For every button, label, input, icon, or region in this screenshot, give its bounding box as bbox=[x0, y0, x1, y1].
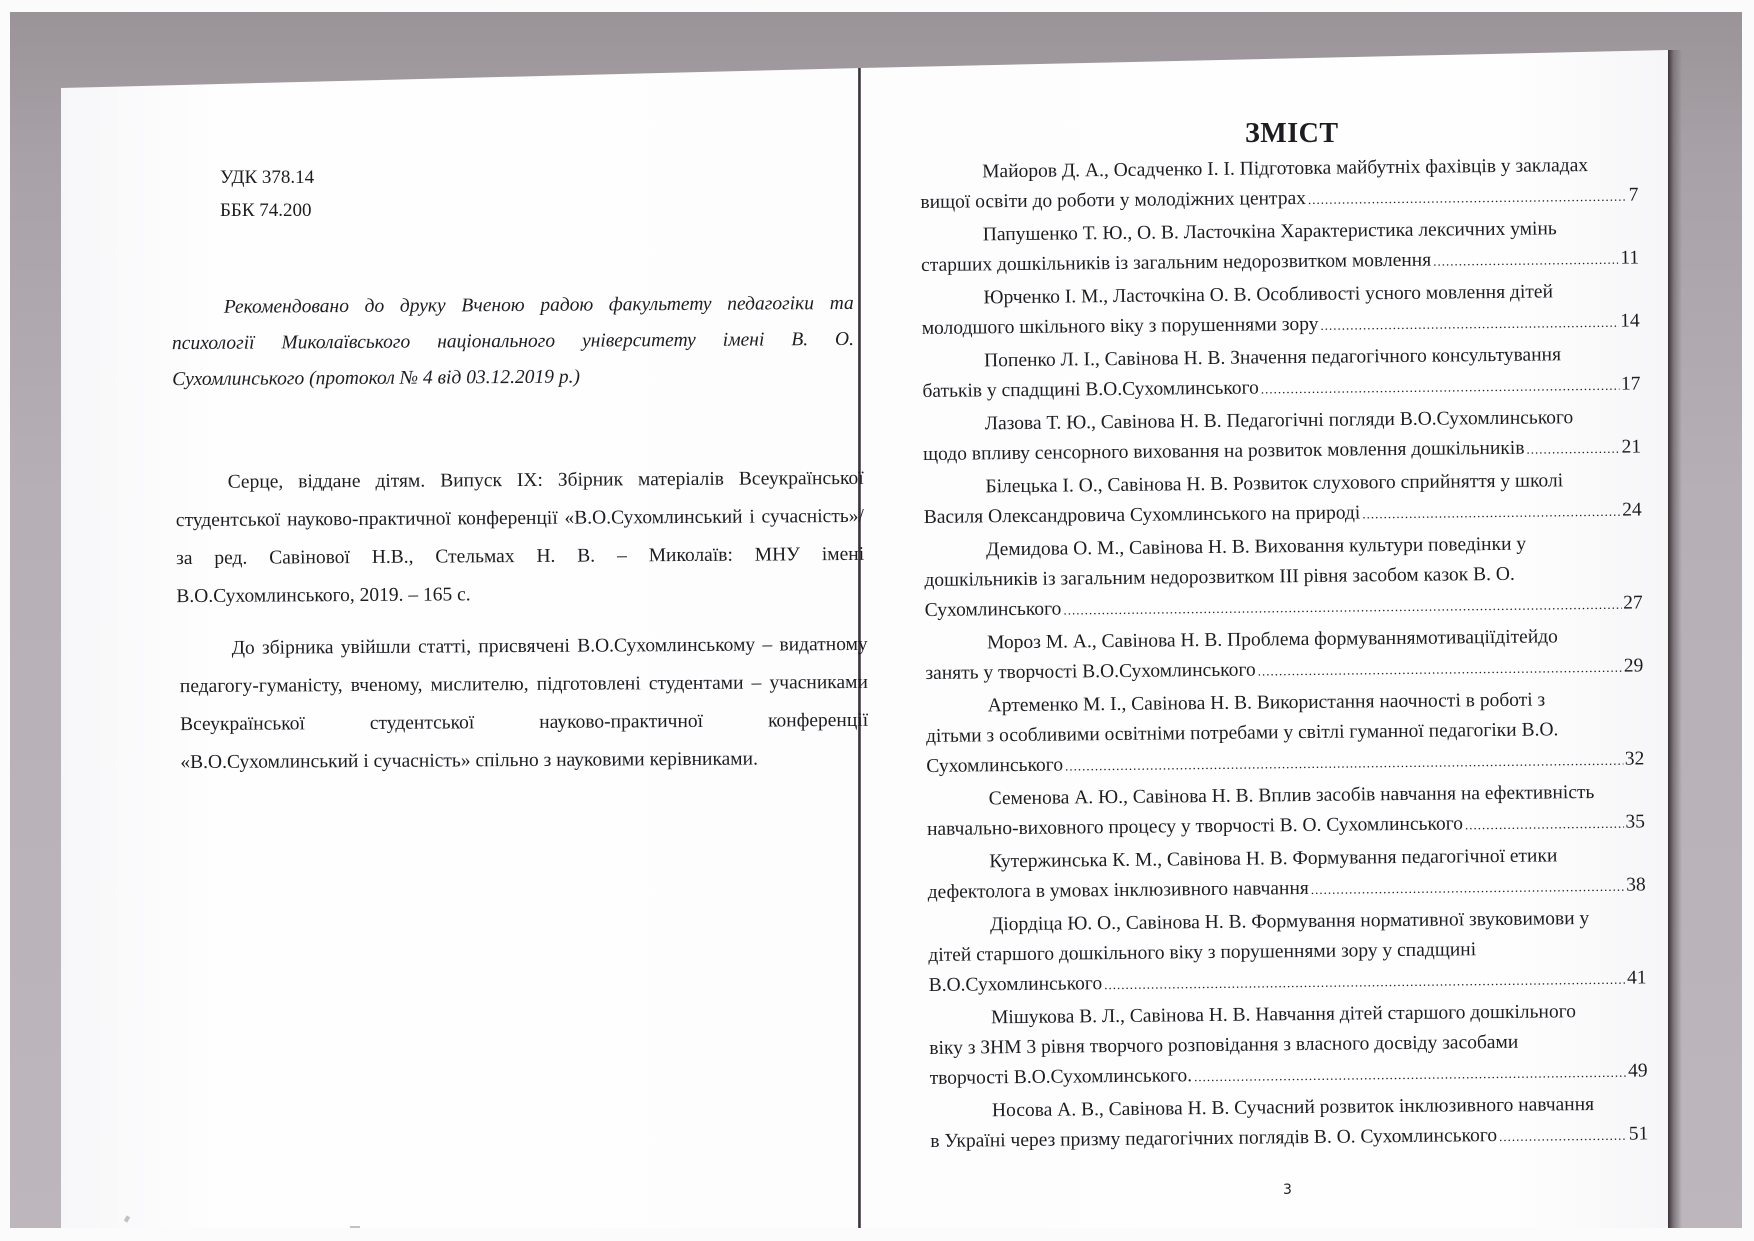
toc-entry-last-line: В.О.Сухомлинського41 bbox=[929, 963, 1647, 1002]
toc-dot-leader bbox=[1362, 496, 1620, 530]
toc-entry: Мішукова В. Л., Савінова Н. В. Навчання … bbox=[929, 996, 1648, 1095]
toc-dot-leader bbox=[1320, 307, 1618, 341]
toc-page-number: 7 bbox=[1629, 180, 1639, 210]
toc-page-number: 29 bbox=[1624, 651, 1644, 681]
toc-entry: Попенко Л. І., Савінова Н. В. Значення п… bbox=[922, 339, 1641, 408]
toc-entry-text: дефектолога в умовах інклюзивного навчан… bbox=[928, 874, 1309, 908]
toc-dot-leader bbox=[1308, 181, 1627, 215]
toc-entry: Лазова Т. Ю., Савінова Н. В. Педагогічні… bbox=[923, 402, 1642, 471]
toc-entry-text: щодо впливу сенсорного виховання на розв… bbox=[923, 434, 1525, 470]
toc-page-number: 49 bbox=[1628, 1056, 1648, 1086]
toc-dot-leader bbox=[1261, 370, 1619, 405]
collection-annotation: До збірника увійшли статті, присвячені В… bbox=[180, 626, 869, 782]
toc-dot-leader bbox=[1063, 589, 1621, 626]
toc-dot-leader bbox=[1194, 1057, 1626, 1093]
toc-entry-text: В.О.Сухомлинського bbox=[929, 969, 1103, 1001]
toc-entry-text: творчості В.О.Сухомлинського. bbox=[929, 1061, 1192, 1094]
toc-entry-last-line: Сухомлинського32 bbox=[926, 744, 1644, 783]
toc-entry: Папушенко Т. Ю., О. В. Ласточкіна Характ… bbox=[921, 213, 1640, 282]
bibliographic-description: Серце, віддане дітям. Випуск IX: Збірник… bbox=[176, 460, 865, 616]
udk-code: УДК 378.14 bbox=[220, 168, 314, 187]
toc-entry-text: в Україні через призму педагогічних погл… bbox=[930, 1121, 1497, 1157]
toc-entry: Демидова О. М., Савінова Н. В. Виховання… bbox=[924, 528, 1643, 627]
toc-entry-last-line: творчості В.О.Сухомлинського.49 bbox=[929, 1056, 1647, 1095]
toc-entry-text: старших дошкільників із загальним недоро… bbox=[921, 246, 1431, 281]
toc-page-number: 17 bbox=[1621, 369, 1641, 399]
toc-dot-leader bbox=[1433, 244, 1618, 277]
toc-entry-last-line: дефектолога в умовах інклюзивного навчан… bbox=[928, 870, 1646, 909]
toc-page-number: 41 bbox=[1627, 963, 1647, 993]
toc-entry-last-line: навчально-виховного процесу у творчості … bbox=[927, 807, 1645, 846]
toc-dot-leader bbox=[1526, 433, 1619, 465]
scan-speck bbox=[350, 1226, 360, 1228]
toc-entry-last-line: вищої освіти до роботи у молодіжних цент… bbox=[920, 180, 1638, 219]
toc-entry: Семенова А. Ю., Савінова Н. В. Вплив зас… bbox=[927, 777, 1646, 846]
toc-dot-leader bbox=[1258, 652, 1623, 687]
table-of-contents: Майоров Д. А., Осадченко І. І. Підготовк… bbox=[920, 150, 1648, 1159]
toc-entry: Майоров Д. А., Осадченко І. І. Підготовк… bbox=[920, 150, 1639, 219]
toc-entry: Мороз М. А., Савінова Н. В. Проблема фор… bbox=[925, 621, 1644, 690]
toc-page-number: 38 bbox=[1626, 870, 1646, 900]
toc-entry-last-line: старших дошкільників із загальним недоро… bbox=[921, 243, 1639, 282]
toc-entry: Діордіца Ю. О., Савінова Н. В. Формуванн… bbox=[928, 903, 1647, 1002]
toc-entry-last-line: Сухомлинського27 bbox=[925, 588, 1643, 627]
toc-title: ЗМІСТ bbox=[1245, 118, 1339, 150]
toc-entry-last-line: щодо впливу сенсорного виховання на розв… bbox=[923, 432, 1641, 471]
toc-entry-last-line: Василя Олександровича Сухомлинського на … bbox=[924, 495, 1642, 534]
toc-entry-text: навчально-виховного процесу у творчості … bbox=[927, 809, 1463, 845]
toc-entry-last-line: молодшого шкільного віку з порушеннями з… bbox=[922, 306, 1640, 345]
toc-entry: Кутержинська К. М., Савінова Н. В. Форму… bbox=[927, 840, 1646, 909]
page-edge-shadow bbox=[1668, 50, 1682, 1228]
toc-dot-leader bbox=[1065, 745, 1623, 782]
toc-entry-last-line: занять у творчості В.О.Сухомлинського29 bbox=[925, 651, 1643, 690]
toc-page-number: 11 bbox=[1620, 243, 1639, 273]
toc-entry: Артеменко М. І., Савінова Н. В. Використ… bbox=[926, 684, 1645, 783]
toc-dot-leader bbox=[1465, 808, 1624, 841]
toc-dot-leader bbox=[1311, 871, 1625, 905]
toc-entry-text: Сухомлинського bbox=[925, 595, 1062, 626]
toc-page-number: 51 bbox=[1629, 1119, 1649, 1149]
toc-entry: Юрченко І. М., Ласточкіна О. В. Особливо… bbox=[921, 276, 1640, 345]
toc-entry-text: Василя Олександровича Сухомлинського на … bbox=[924, 498, 1361, 533]
toc-entry: Носова А. В., Савінова Н. В. Сучасний ро… bbox=[930, 1089, 1649, 1158]
bbk-code: ББК 74.200 bbox=[220, 201, 312, 220]
toc-dot-leader bbox=[1104, 964, 1625, 1000]
toc-page-number: 24 bbox=[1622, 495, 1642, 525]
toc-dot-leader bbox=[1499, 1120, 1627, 1152]
toc-page-number: 35 bbox=[1625, 807, 1645, 837]
toc-entry-last-line: батьків у спадщині В.О.Сухомлинського17 bbox=[922, 369, 1640, 408]
toc-entry-text: Сухомлинського bbox=[926, 751, 1063, 782]
toc-entry-last-line: в Україні через призму педагогічних погл… bbox=[930, 1119, 1648, 1158]
page-number: 3 bbox=[1283, 1182, 1292, 1198]
toc-page-number: 32 bbox=[1625, 744, 1645, 774]
toc-entry: Білецька І. О., Савінова Н. В. Розвиток … bbox=[923, 465, 1642, 534]
toc-page-number: 21 bbox=[1621, 432, 1641, 462]
toc-page-number: 14 bbox=[1620, 306, 1640, 336]
toc-entry-text: молодшого шкільного віку з порушеннями з… bbox=[922, 310, 1319, 344]
publication-recommendation: Рекомендовано до друку Вченою радою факу… bbox=[172, 286, 855, 398]
toc-entry-text: вищої освіти до роботи у молодіжних цент… bbox=[920, 184, 1306, 218]
toc-entry-text: батьків у спадщині В.О.Сухомлинського bbox=[922, 373, 1259, 407]
toc-entry-text: занять у творчості В.О.Сухомлинського bbox=[925, 656, 1256, 689]
toc-page-number: 27 bbox=[1623, 588, 1643, 618]
